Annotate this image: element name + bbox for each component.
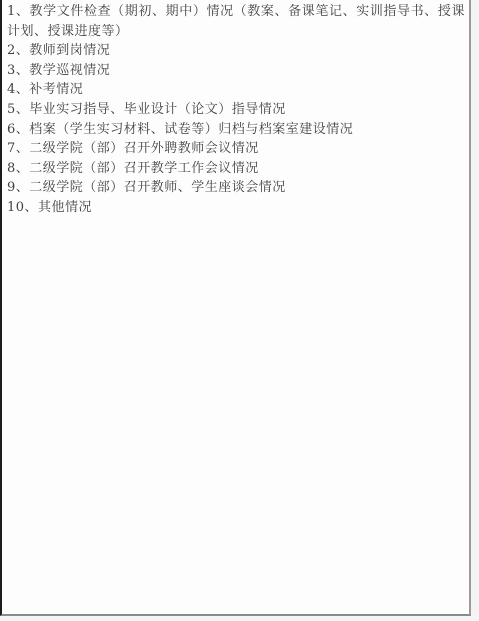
list-item: 7、二级学院（部）召开外聘教师会议情况 — [7, 139, 465, 159]
list-item: 10、其他情况 — [7, 198, 465, 218]
document-sheet: 1、教学文件检查（期初、期中）情况（教案、备课笔记、实训指导书、授课计划、授课进… — [0, 0, 471, 616]
list-item: 5、毕业实习指导、毕业设计（论文）指导情况 — [7, 100, 465, 120]
list-item: 3、教学巡视情况 — [7, 61, 465, 81]
list-item: 4、补考情况 — [7, 80, 465, 100]
list-item: 1、教学文件检查（期初、期中）情况（教案、备课笔记、实训指导书、授课计划、授课进… — [7, 2, 465, 41]
list-item: 2、教师到岗情况 — [7, 41, 465, 61]
list-item: 6、档案（学生实习材料、试卷等）归档与档案室建设情况 — [7, 120, 465, 140]
list-item: 8、二级学院（部）召开教学工作会议情况 — [7, 159, 465, 179]
document-page: 1、教学文件检查（期初、期中）情况（教案、备课笔记、实训指导书、授课计划、授课进… — [0, 0, 479, 621]
inspection-checklist: 1、教学文件检查（期初、期中）情况（教案、备课笔记、实训指导书、授课计划、授课进… — [2, 0, 471, 218]
list-item: 9、二级学院（部）召开教师、学生座谈会情况 — [7, 178, 465, 198]
